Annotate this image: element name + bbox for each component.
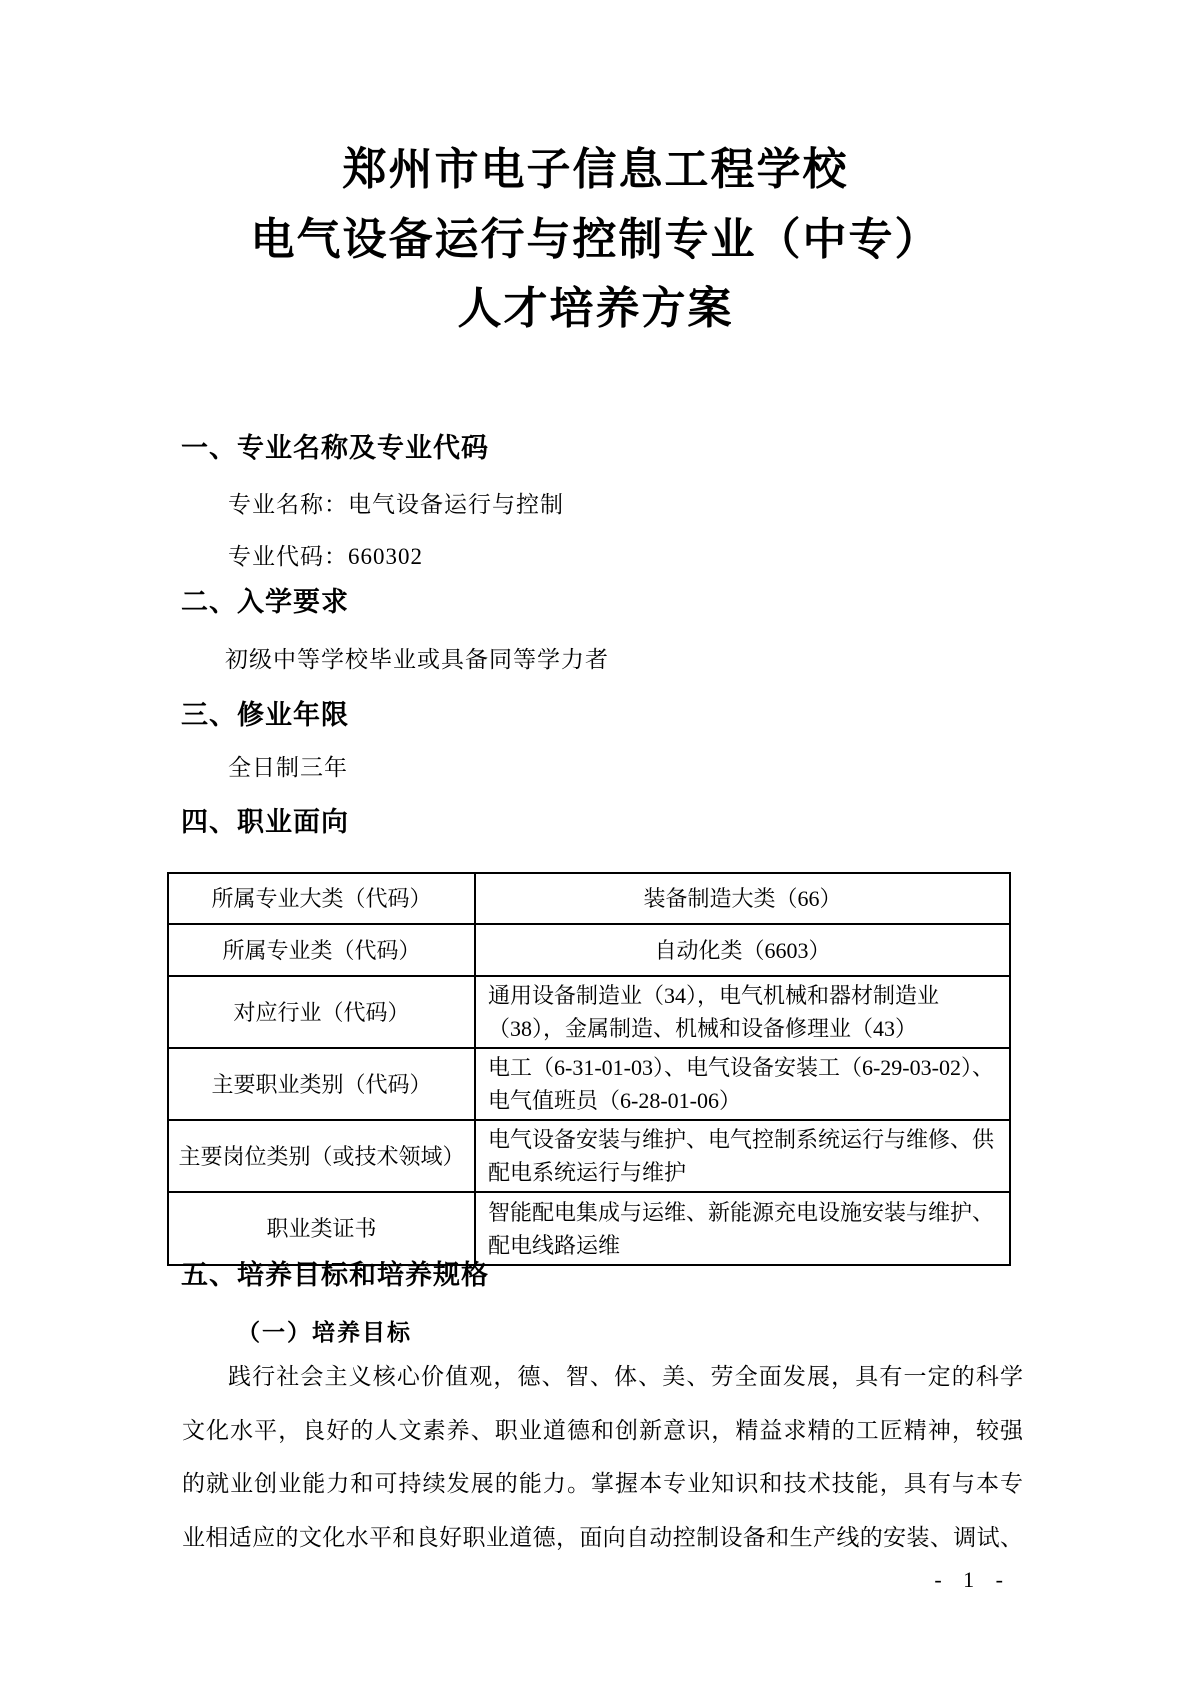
paragraph-line: 的就业创业能力和可持续发展的能力。掌握本专业知识和技术技能，具有与本专 xyxy=(182,1457,1023,1511)
study-duration-text: 全日制三年 xyxy=(228,756,348,779)
major-name-line: 专业名称：电气设备运行与控制 xyxy=(228,493,564,516)
document-page: 郑州市电子信息工程学校 电气设备运行与控制专业（中专） 人才培养方案 一、专业名… xyxy=(0,0,1191,1684)
table-row: 所属专业类（代码） 自动化类（6603） xyxy=(168,924,1010,976)
major-code-line: 专业代码：660302 xyxy=(228,545,423,568)
section-5-heading: 五、培养目标和培养规格 xyxy=(181,1262,489,1289)
row-label-cell: 职业类证书 xyxy=(168,1192,475,1265)
section-2-heading: 二、入学要求 xyxy=(181,589,349,616)
section-3-heading: 三、修业年限 xyxy=(181,702,349,729)
row-label-cell: 对应行业（代码） xyxy=(168,976,475,1048)
row-value-cell: 装备制造大类（66） xyxy=(475,873,1010,924)
table-row: 职业类证书 智能配电集成与运维、新能源充电设施安装与维护、配电线路运维 xyxy=(168,1192,1010,1265)
row-label-cell: 所属专业类（代码） xyxy=(168,924,475,976)
paragraph-line: 文化水平，良好的人文素养、职业道德和创新意识，精益求精的工匠精神，较强 xyxy=(182,1404,1023,1458)
row-label-cell: 主要岗位类别（或技术领域） xyxy=(168,1120,475,1192)
row-value-cell: 自动化类（6603） xyxy=(475,924,1010,976)
table-row: 所属专业大类（代码） 装备制造大类（66） xyxy=(168,873,1010,924)
paragraph-line: 践行社会主义核心价值观，德、智、体、美、劳全面发展，具有一定的科学 xyxy=(182,1350,1023,1404)
page-number: - 1 - xyxy=(934,1567,1011,1593)
row-value-cell: 电气设备安装与维护、电气控制系统运行与维修、供配电系统运行与维护 xyxy=(475,1120,1010,1192)
document-title-line-2: 电气设备运行与控制专业（中专） xyxy=(0,218,1191,262)
section-4-heading: 四、职业面向 xyxy=(181,809,349,836)
row-label-cell: 所属专业大类（代码） xyxy=(168,873,475,924)
row-value-cell: 电工（6-31-01-03）、电气设备安装工（6-29-03-02）、电气值班员… xyxy=(475,1048,1010,1120)
row-label-cell: 主要职业类别（代码） xyxy=(168,1048,475,1120)
admission-requirement-text: 初级中等学校毕业或具备同等学力者 xyxy=(225,648,609,671)
career-orientation-table: 所属专业大类（代码） 装备制造大类（66） 所属专业类（代码） 自动化类（660… xyxy=(167,872,1011,1266)
table-row: 主要职业类别（代码） 电工（6-31-01-03）、电气设备安装工（6-29-0… xyxy=(168,1048,1010,1120)
subsection-1-heading: （一）培养目标 xyxy=(237,1321,412,1344)
table-row: 对应行业（代码） 通用设备制造业（34），电气机械和器材制造业（38），金属制造… xyxy=(168,976,1010,1048)
section-1-heading: 一、专业名称及专业代码 xyxy=(181,435,489,462)
table-row: 主要岗位类别（或技术领域） 电气设备安装与维护、电气控制系统运行与维修、供配电系… xyxy=(168,1120,1010,1192)
document-title-line-3: 人才培养方案 xyxy=(0,287,1191,331)
row-value-cell: 通用设备制造业（34），电气机械和器材制造业（38），金属制造、机械和设备修理业… xyxy=(475,976,1010,1048)
training-objective-paragraph: 践行社会主义核心价值观，德、智、体、美、劳全面发展，具有一定的科学 文化水平，良… xyxy=(182,1350,1023,1564)
row-value-cell: 智能配电集成与运维、新能源充电设施安装与维护、配电线路运维 xyxy=(475,1192,1010,1265)
paragraph-line: 业相适应的文化水平和良好职业道德，面向自动控制设备和生产线的安装、调试、 xyxy=(182,1511,1023,1565)
document-title-line-1: 郑州市电子信息工程学校 xyxy=(0,148,1191,192)
